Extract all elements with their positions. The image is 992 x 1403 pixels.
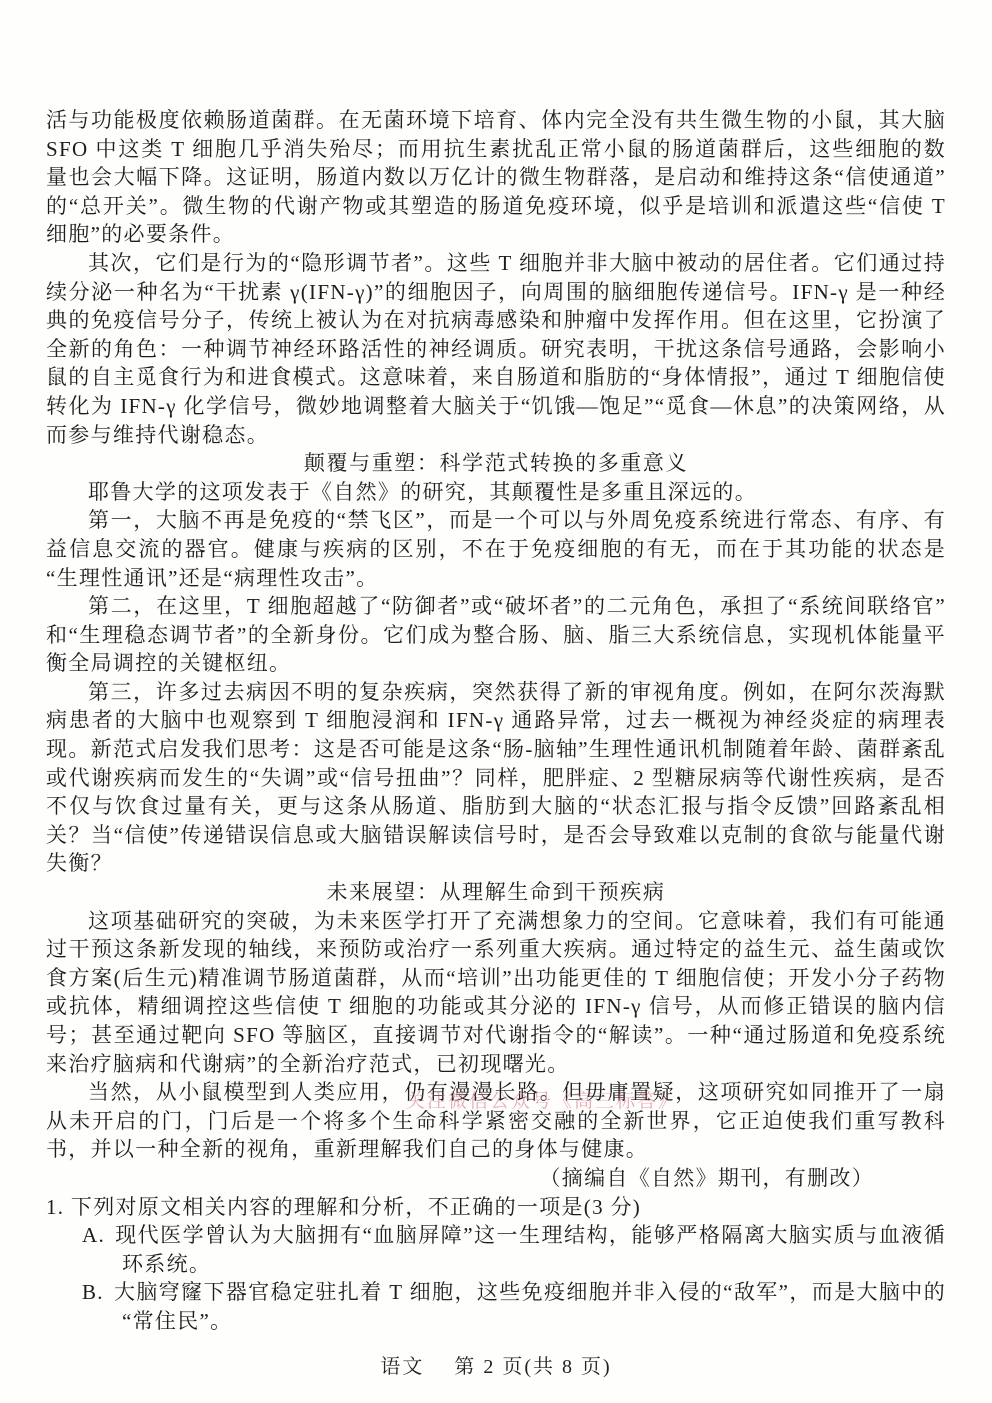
question-options: A.现代医学曾认为大脑拥有“血脑屏障”这一生理结构，能够严格隔离大脑实质与血液循… xyxy=(46,1221,946,1335)
option-a: A.现代医学曾认为大脑拥有“血脑屏障”这一生理结构，能够严格隔离大脑实质与血液循… xyxy=(82,1221,946,1278)
option-text: 现代医学曾认为大脑拥有“血脑屏障”这一生理结构，能够严格隔离大脑实质与血液循环系… xyxy=(115,1223,946,1276)
option-label: B. xyxy=(82,1280,104,1304)
option-label: A. xyxy=(82,1223,105,1247)
article-body: 活与功能极度依赖肠道菌群。在无菌环境下培育、体内完全没有共生微生物的小鼠，其大脑… xyxy=(46,106,946,1164)
exam-page: 活与功能极度依赖肠道菌群。在无菌环境下培育、体内完全没有共生微生物的小鼠，其大脑… xyxy=(0,0,992,1403)
section-heading: 未来展望：从理解生命到干预疾病 xyxy=(46,878,946,907)
footer-page-number: 第 2 页(共 8 页) xyxy=(454,1356,611,1378)
paragraph: 其次，它们是行为的“隐形调节者”。这些 T 细胞并非大脑中被动的居住者。它们通过… xyxy=(46,249,946,449)
option-text: 大脑穹窿下器官稳定驻扎着 T 细胞，这些免疫细胞并非入侵的“敌军”，而是大脑中的… xyxy=(114,1280,946,1333)
footer-subject: 语文 xyxy=(380,1356,424,1378)
paragraph: 第三，许多过去病因不明的复杂疾病，突然获得了新的审视角度。例如，在阿尔茨海默病患… xyxy=(46,678,946,878)
paragraph: 活与功能极度依赖肠道菌群。在无菌环境下培育、体内完全没有共生微生物的小鼠，其大脑… xyxy=(46,106,946,249)
article: 活与功能极度依赖肠道菌群。在无菌环境下培育、体内完全没有共生微生物的小鼠，其大脑… xyxy=(46,106,946,1336)
question-1: 1. 下列对原文相关内容的理解和分析，不正确的一项是(3 分) A.现代医学曾认… xyxy=(46,1193,946,1336)
paragraph: 第一，大脑不再是免疫的“禁飞区”，而是一个可以与外周免疫系统进行常态、有序、有益… xyxy=(46,506,946,592)
paragraph: 这项基础研究的突破，为未来医学打开了充满想象力的空间。它意味着，我们有可能通过干… xyxy=(46,907,946,1079)
question-stem: 1. 下列对原文相关内容的理解和分析，不正确的一项是(3 分) xyxy=(46,1193,946,1222)
paragraph: 第二，在这里，T 细胞超越了“防御者”或“破坏者”的二元角色，承担了“系统间联络… xyxy=(46,592,946,678)
section-heading: 颠覆与重塑：科学范式转换的多重意义 xyxy=(46,449,946,478)
paragraph: 耶鲁大学的这项发表于《自然》的研究，其颠覆性是多重且深远的。 xyxy=(46,478,946,507)
option-b: B.大脑穹窿下器官稳定驻扎着 T 细胞，这些免疫细胞并非入侵的“敌军”，而是大脑… xyxy=(82,1278,946,1335)
page-footer: 语文第 2 页(共 8 页) xyxy=(0,1350,992,1379)
source-attribution: （摘编自《自然》期刊，有删改） xyxy=(46,1164,946,1193)
paragraph: 当然，从小鼠模型到人类应用，仍有漫漫长路。但毋庸置疑，这项研究如同推开了一扇从未… xyxy=(46,1078,946,1164)
